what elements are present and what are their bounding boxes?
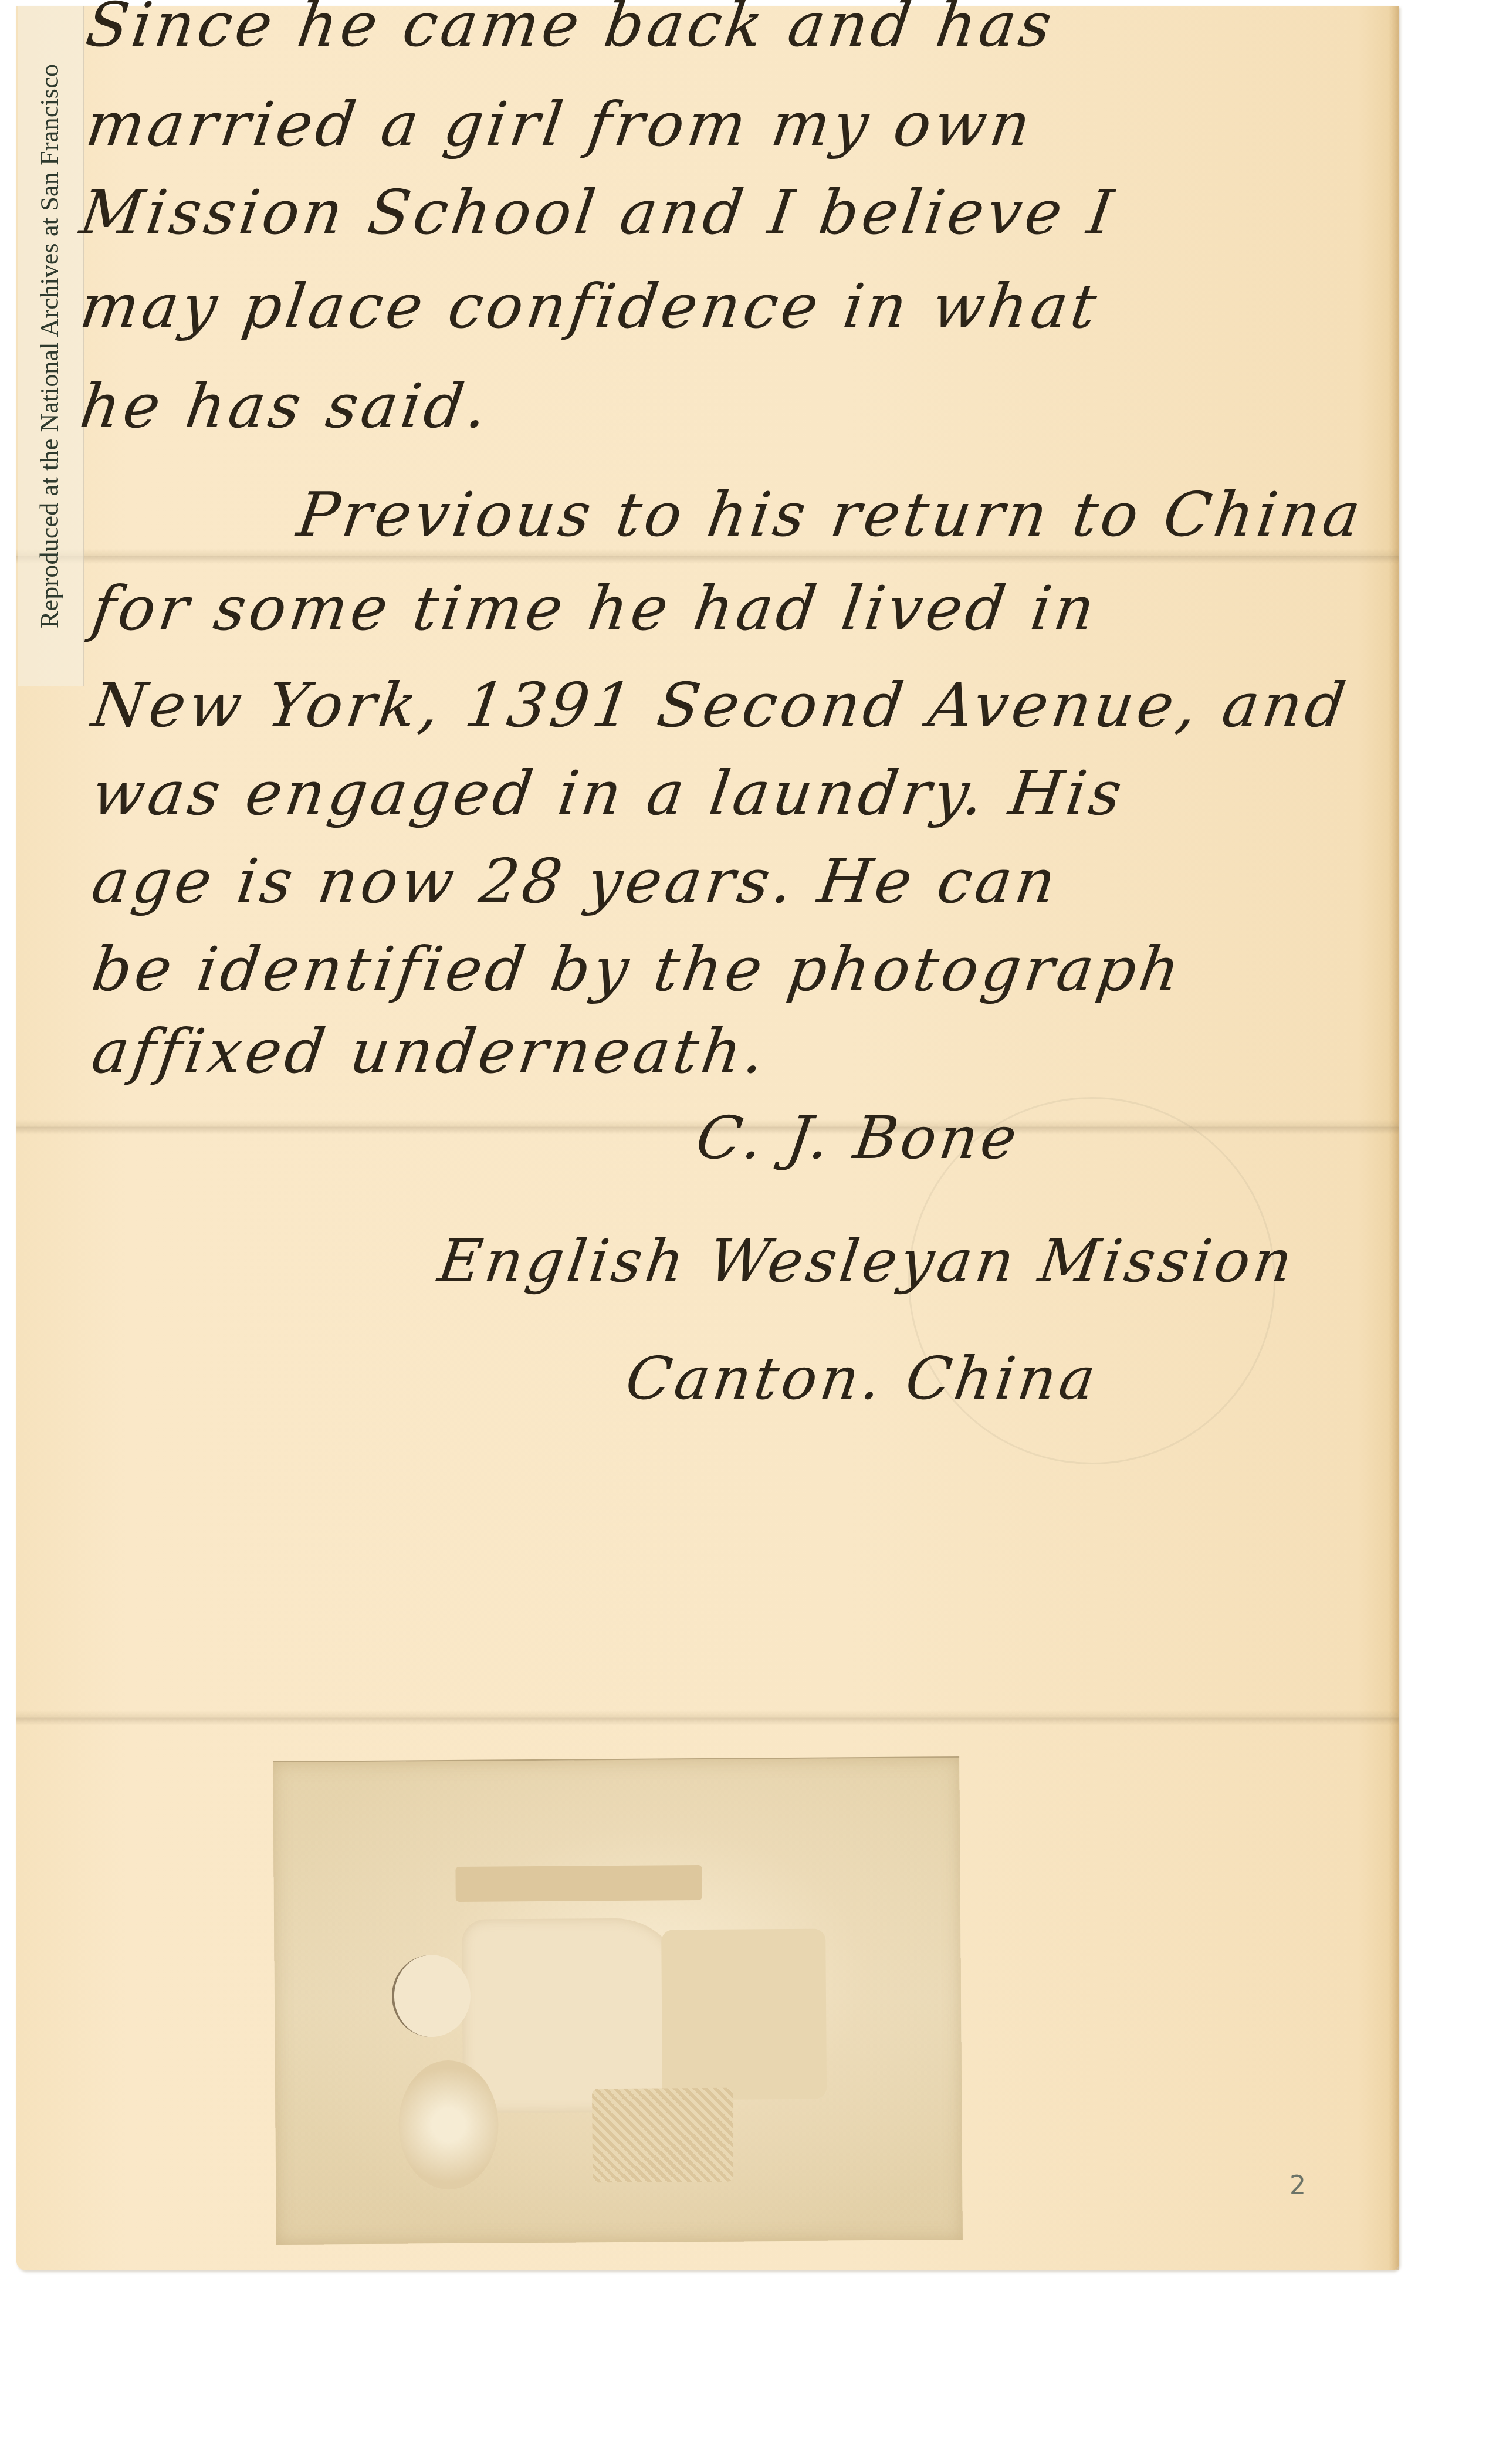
photo-legs bbox=[661, 1929, 827, 2100]
letter-line: Previous to his return to China bbox=[294, 484, 1368, 545]
archive-stamp-strip: Reproduced at the National Archives at S… bbox=[18, 6, 84, 686]
archive-stamp-text: Reproduced at the National Archives at S… bbox=[35, 64, 65, 628]
photo-portrait bbox=[344, 1864, 862, 2172]
document-page: Reproduced at the National Archives at S… bbox=[16, 6, 1399, 2270]
page-edge bbox=[1389, 6, 1399, 2270]
page-number: 2 bbox=[1289, 2171, 1306, 2201]
signature-name: C. J. Bone bbox=[693, 1109, 1024, 1167]
letter-line: was engaged in a laundry. His bbox=[89, 763, 1129, 824]
signature-organization: English Wesleyan Mission bbox=[435, 1232, 1299, 1291]
photo-flower-vase bbox=[398, 2060, 499, 2189]
photo-table bbox=[455, 1865, 702, 1902]
signature-location: Canton. China bbox=[622, 1349, 1102, 1408]
affixed-photograph bbox=[273, 1756, 963, 2245]
letter-line: be identified by the photograph bbox=[89, 939, 1187, 1000]
letter-line: age is now 28 years. He can bbox=[89, 851, 1063, 912]
letter-line: affixed underneath. bbox=[89, 1021, 772, 1082]
letter-line: Since he came back and has bbox=[83, 0, 1059, 55]
letter-line: for some time he had lived in bbox=[89, 578, 1102, 639]
letter-line: may place confidence in what bbox=[77, 276, 1104, 337]
fold-line bbox=[16, 549, 1399, 564]
fold-line bbox=[16, 1710, 1399, 1725]
letter-line: he has said. bbox=[77, 375, 495, 436]
letter-line: New York, 1391 Second Avenue, and bbox=[89, 675, 1353, 736]
photo-seated-figure bbox=[462, 1918, 686, 2113]
photo-head bbox=[391, 1955, 471, 2037]
letter-line: married a girl from my own bbox=[83, 94, 1038, 155]
letter-line: Mission School and I believe I bbox=[77, 182, 1120, 243]
photo-stool bbox=[592, 2088, 733, 2183]
